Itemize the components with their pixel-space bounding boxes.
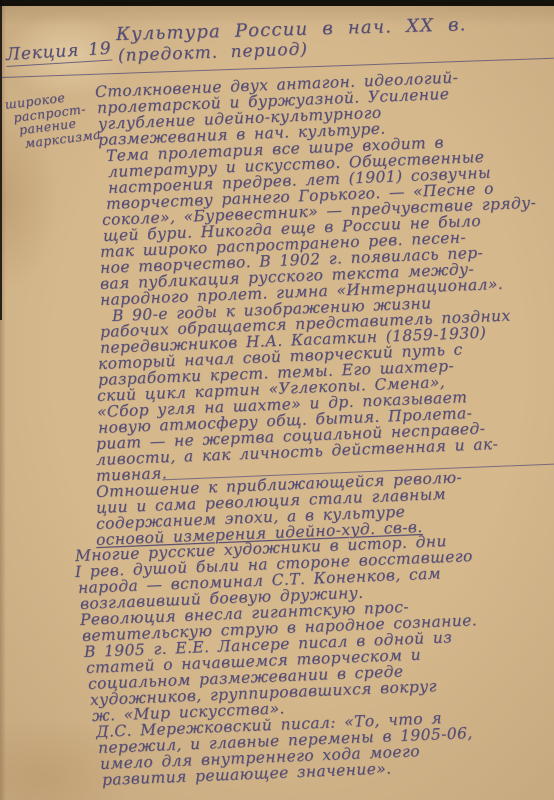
scanned-handwritten-page: Культура России в нач. XX в. Лекция 19 (… [0, 0, 554, 800]
margin-note: широкое распрост- ранение марксизма [4, 87, 102, 152]
scan-edge-top [0, 0, 554, 6]
scan-edge-left [0, 0, 2, 320]
lecture-label: Лекция 19 [5, 39, 112, 67]
